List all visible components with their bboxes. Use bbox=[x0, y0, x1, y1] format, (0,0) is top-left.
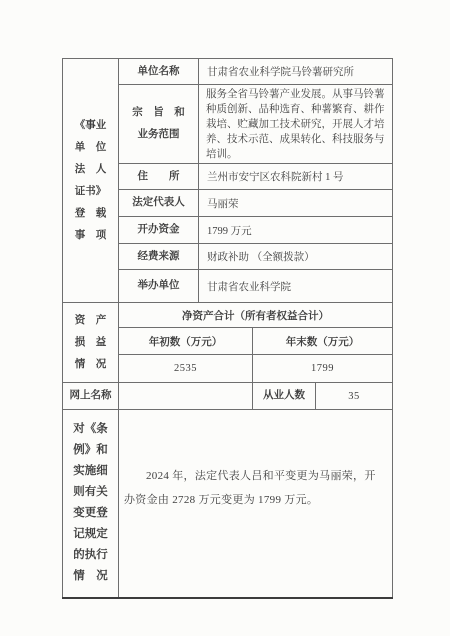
staff-count-label: 从业人数 bbox=[253, 383, 316, 410]
compliance-header-line: 则有关 bbox=[63, 482, 118, 503]
compliance-header-line: 例》和 bbox=[63, 440, 118, 461]
cert-header-line: 证书》 bbox=[63, 181, 118, 203]
compliance-header-line: 对《条 bbox=[63, 419, 118, 440]
mission-value: 服务全省马铃薯产业发展。从事马铃薯种质创新、品种选育、种薯繁育、耕作栽培、贮藏加… bbox=[199, 85, 393, 164]
assets-header-line: 资 产 bbox=[63, 310, 118, 332]
compliance-paragraph: 2024 年，法定代表人吕和平变更为马丽荣，开办资金由 2728 万元变更为 1… bbox=[124, 464, 382, 512]
registration-items-table: 《事业 单 位 法 人 证书》 登 载 事 项 单位名称 甘肃省农业科学院马铃薯… bbox=[62, 58, 393, 599]
compliance-header-line: 情 况 bbox=[63, 566, 118, 587]
funding-label: 经费来源 bbox=[119, 244, 199, 270]
compliance-header-line: 的执行 bbox=[63, 545, 118, 566]
year-end-value: 1799 bbox=[253, 355, 393, 383]
legal-rep-label: 法定代表人 bbox=[119, 190, 199, 217]
sponsor-label: 举办单位 bbox=[119, 270, 199, 303]
net-assets-title: 净资产合计（所有者权益合计） bbox=[119, 303, 393, 328]
online-name-value bbox=[119, 383, 253, 410]
mission-label-line: 宗 旨 和 bbox=[119, 106, 198, 120]
unit-name-label: 单位名称 bbox=[119, 59, 199, 85]
year-end-label: 年末数（万元） bbox=[253, 328, 393, 355]
assets-section-header: 资 产 损 益 情 况 bbox=[63, 303, 119, 383]
year-begin-value: 2535 bbox=[119, 355, 253, 383]
cert-header-line: 单 位 bbox=[63, 137, 118, 159]
compliance-header-line: 记规定 bbox=[63, 524, 118, 545]
legal-rep-value: 马丽荣 bbox=[199, 190, 393, 217]
online-name-label: 网上名称 bbox=[63, 383, 119, 410]
staff-count-value: 35 bbox=[316, 383, 393, 410]
compliance-header-line: 变更登 bbox=[63, 503, 118, 524]
compliance-content-cell: 2024 年，法定代表人吕和平变更为马丽荣，开办资金由 2728 万元变更为 1… bbox=[119, 410, 393, 598]
mission-label: 宗 旨 和 业务范围 bbox=[119, 85, 199, 164]
mission-label-line: 业务范围 bbox=[119, 128, 198, 142]
compliance-header-line: 实施细 bbox=[63, 461, 118, 482]
capital-label: 开办资金 bbox=[119, 217, 199, 244]
assets-header-line: 情 况 bbox=[63, 354, 118, 376]
cert-header-line: 登 载 bbox=[63, 203, 118, 225]
address-value: 兰州市安宁区农科院新村 1 号 bbox=[199, 164, 393, 190]
compliance-section-header: 对《条 例》和 实施细 则有关 变更登 记规定 的执行 情 况 bbox=[63, 410, 119, 598]
funding-value: 财政补助 （全额拨款） bbox=[199, 244, 393, 270]
capital-value: 1799 万元 bbox=[199, 217, 393, 244]
address-label: 住 所 bbox=[119, 164, 199, 190]
assets-header-line: 损 益 bbox=[63, 332, 118, 354]
year-begin-label: 年初数（万元） bbox=[119, 328, 253, 355]
scanned-document-page: 《事业 单 位 法 人 证书》 登 载 事 项 单位名称 甘肃省农业科学院马铃薯… bbox=[0, 0, 450, 636]
cert-items-section-header: 《事业 单 位 法 人 证书》 登 载 事 项 bbox=[63, 59, 119, 303]
cert-header-line: 事 项 bbox=[63, 225, 118, 247]
unit-name-value: 甘肃省农业科学院马铃薯研究所 bbox=[199, 59, 393, 85]
cert-header-line: 法 人 bbox=[63, 159, 118, 181]
cert-header-line: 《事业 bbox=[63, 115, 118, 137]
sponsor-value: 甘肃省农业科学院 bbox=[199, 270, 393, 303]
